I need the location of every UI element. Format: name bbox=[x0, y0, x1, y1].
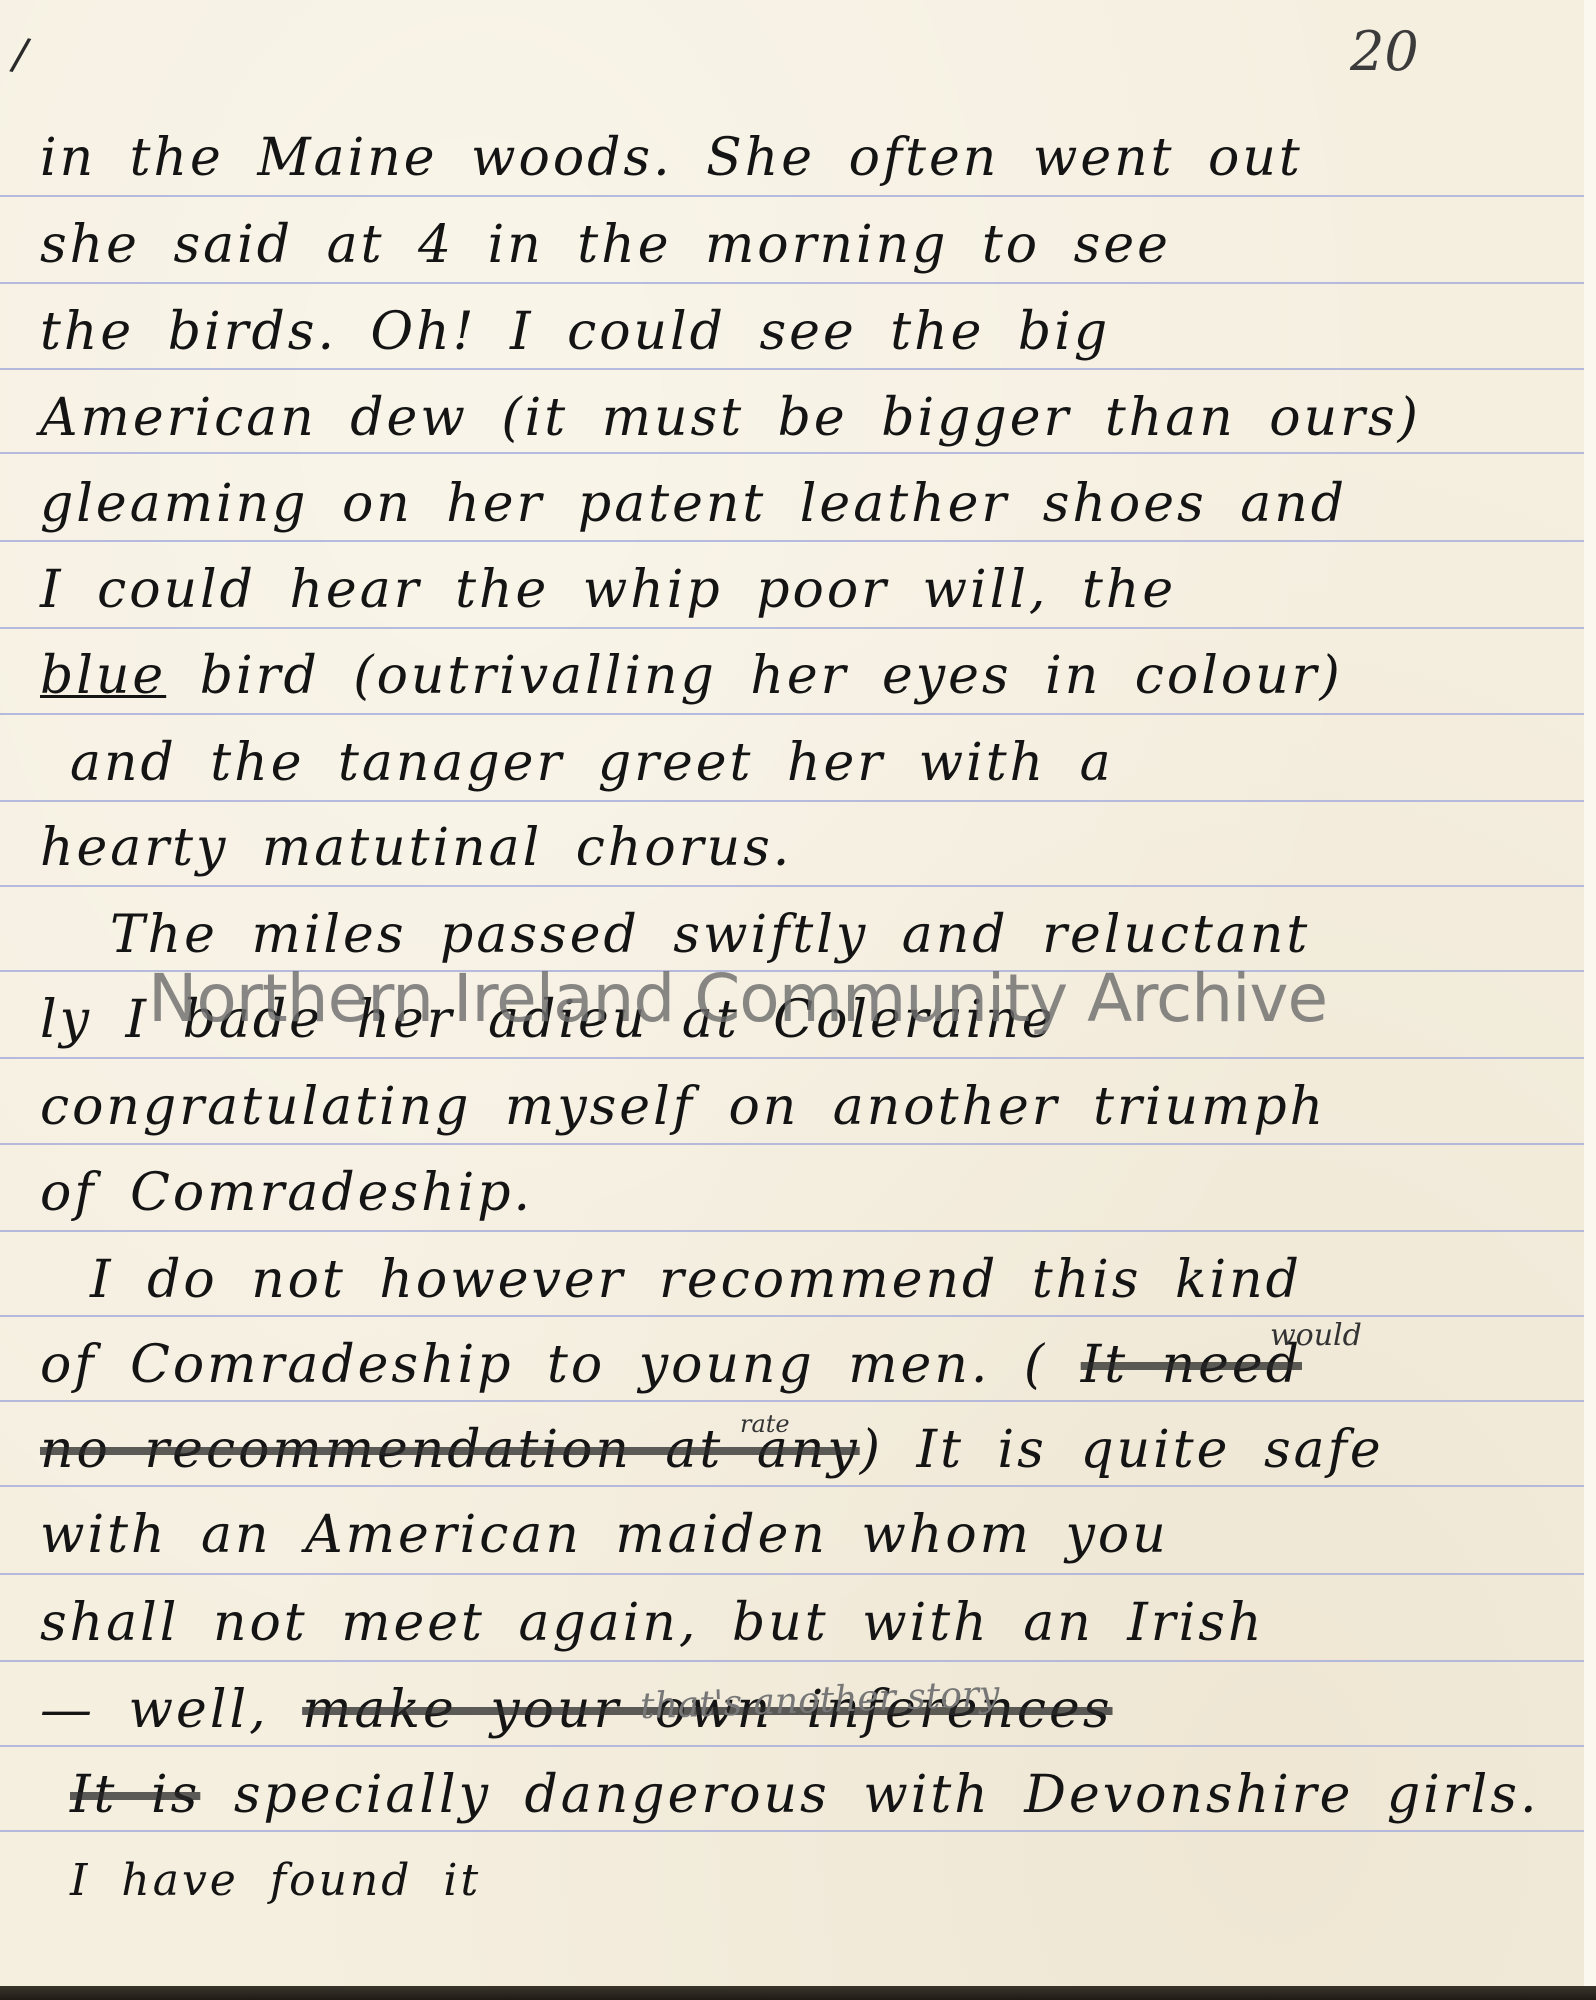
text-line: shall not meet again, but with an Irish bbox=[40, 1593, 1264, 1653]
text-line: no recommendation at any) It is quite sa… bbox=[40, 1420, 1384, 1480]
text-line: hearty matutinal chorus. bbox=[40, 818, 792, 878]
rule-line bbox=[0, 970, 1584, 972]
rule-line bbox=[0, 1573, 1584, 1575]
page-edge bbox=[1584, 0, 1596, 2000]
rule-line bbox=[0, 1143, 1584, 1145]
scanned-page: / 20 in the Maine woods. She often went … bbox=[0, 0, 1596, 2000]
corner-mark: / bbox=[6, 28, 42, 92]
rule-line bbox=[0, 1745, 1584, 1747]
text-line: the birds. Oh! I could see the big bbox=[40, 302, 1110, 362]
text-line: with an American maiden whom you bbox=[40, 1505, 1169, 1565]
insertion-rate: rate bbox=[740, 1410, 790, 1438]
rule-line bbox=[0, 713, 1584, 715]
rule-line bbox=[0, 282, 1584, 284]
pencil-note: I have found it bbox=[70, 1855, 481, 1906]
text-line: congratulating myself on another triumph bbox=[40, 1077, 1326, 1137]
rule-line bbox=[0, 627, 1584, 629]
text-line: blue bird (outrivalling her eyes in colo… bbox=[40, 646, 1343, 706]
rule-line bbox=[0, 1485, 1584, 1487]
rule-line bbox=[0, 368, 1584, 370]
rule-line bbox=[0, 195, 1584, 197]
text-line: The miles passed swiftly and reluctant bbox=[110, 905, 1310, 965]
text-line: in the Maine woods. She often went out bbox=[40, 128, 1303, 188]
struck-text: It is bbox=[70, 1765, 200, 1825]
rule-line bbox=[0, 540, 1584, 542]
text-line: It is specially dangerous with Devonshir… bbox=[70, 1765, 1540, 1825]
rule-line bbox=[0, 1660, 1584, 1662]
rule-line bbox=[0, 1315, 1584, 1317]
text-segment: bird (outrivalling her eyes in colour) bbox=[166, 646, 1343, 706]
underlined-word: blue bbox=[40, 646, 166, 706]
text-segment: ) It is quite safe bbox=[860, 1420, 1384, 1480]
rule-line bbox=[0, 452, 1584, 454]
text-line: of Comradeship. bbox=[40, 1163, 533, 1223]
rule-line bbox=[0, 885, 1584, 887]
text-line: she said at 4 in the morning to see bbox=[40, 215, 1171, 275]
text-line: and the tanager greet her with a bbox=[70, 733, 1114, 793]
struck-text: no recommendation at any bbox=[40, 1420, 860, 1480]
text-segment: of Comradeship to young men. ( bbox=[40, 1335, 1081, 1395]
text-segment: — well, bbox=[40, 1680, 302, 1740]
page-number: 20 bbox=[1350, 20, 1419, 83]
text-line: of Comradeship to young men. ( It need bbox=[40, 1335, 1302, 1395]
insertion-would: would bbox=[1270, 1318, 1362, 1353]
rule-line bbox=[0, 1400, 1584, 1402]
text-segment: specially dangerous with Devonshire girl… bbox=[200, 1765, 1539, 1825]
text-line: I do not however recommend this kind bbox=[90, 1250, 1302, 1310]
rule-line bbox=[0, 800, 1584, 802]
text-line: American dew (it must be bigger than our… bbox=[40, 388, 1421, 448]
rule-line bbox=[0, 1057, 1584, 1059]
text-line: I could hear the whip poor will, the bbox=[40, 560, 1176, 620]
page-bottom-edge bbox=[0, 1986, 1596, 2000]
text-line: ly I bade her adieu at Coleraine bbox=[40, 990, 1056, 1050]
rule-line bbox=[0, 1830, 1584, 1832]
struck-text: It need bbox=[1081, 1335, 1302, 1395]
text-line: gleaming on her patent leather shoes and bbox=[40, 474, 1347, 534]
rule-line bbox=[0, 1230, 1584, 1232]
